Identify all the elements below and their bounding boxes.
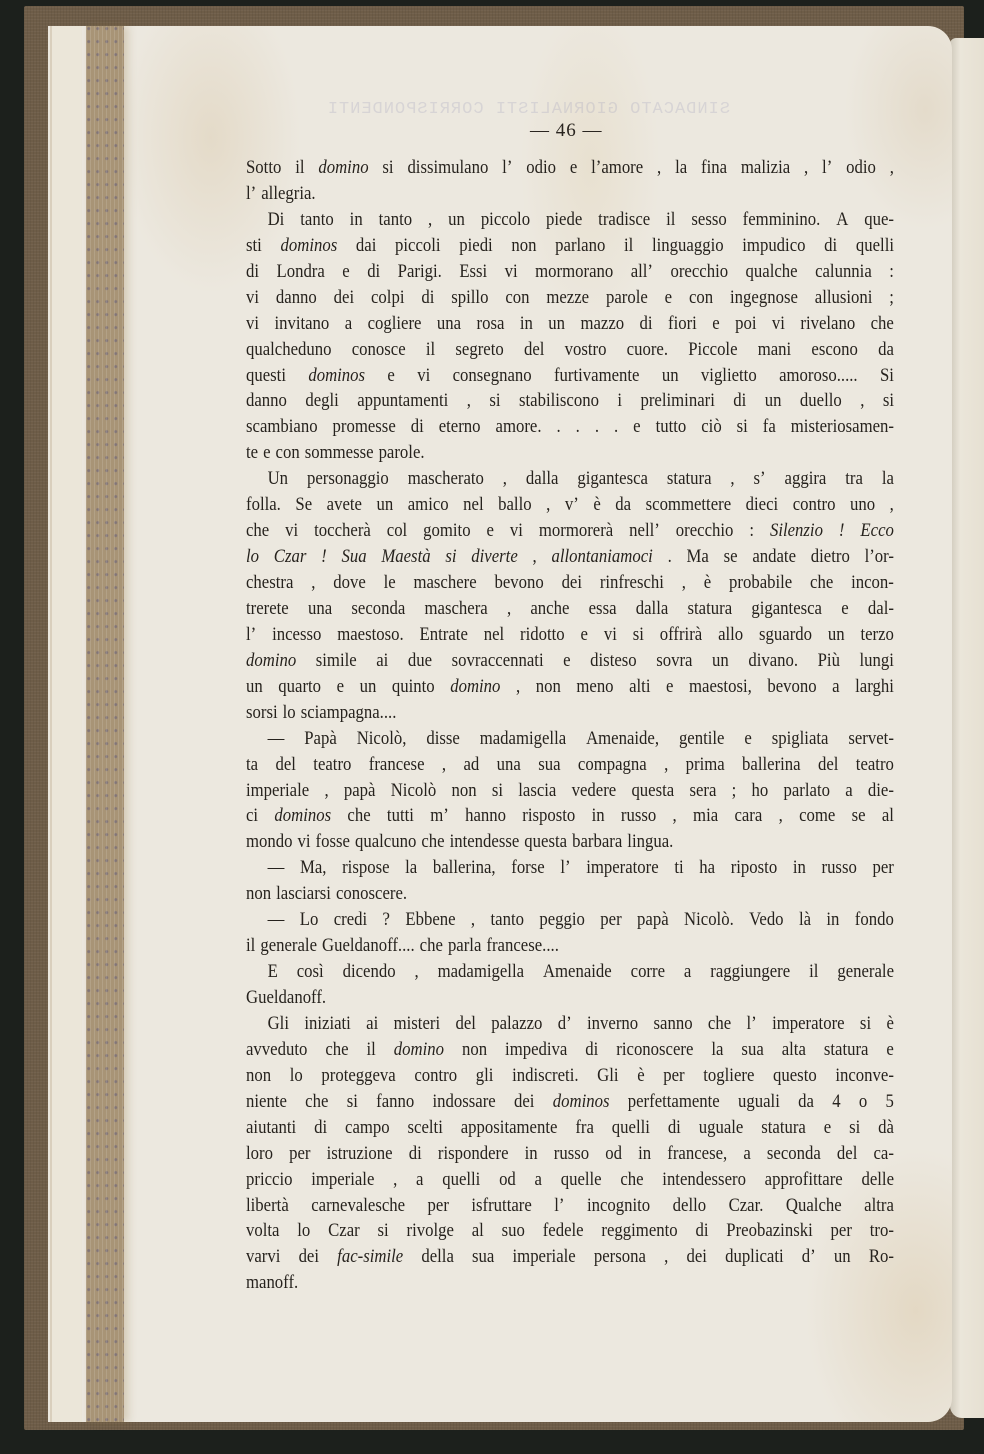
word: toccherà xyxy=(314,518,371,544)
text-line: questidominoseviconsegnanofurtivamenteun… xyxy=(246,363,894,389)
word: perfettamente xyxy=(628,1089,720,1115)
word: impediva xyxy=(505,1037,567,1063)
word: il xyxy=(624,233,633,259)
word: si xyxy=(378,1218,389,1244)
text-line: tadelteatrofrancese,adunasuacompagna,pri… xyxy=(246,752,894,778)
word: danno xyxy=(246,388,287,414)
word: ta xyxy=(246,752,258,778)
word: il xyxy=(295,155,304,181)
word: si xyxy=(737,414,748,440)
word: sovraccennati xyxy=(452,648,544,674)
word: di xyxy=(824,233,837,259)
word: manoff. xyxy=(246,1270,298,1296)
word: dieci xyxy=(746,492,779,518)
word: dà xyxy=(878,1115,894,1141)
word: che xyxy=(325,1037,348,1063)
text-line: unquartoeunquintodomino,nonmenoaltiemaes… xyxy=(246,674,894,700)
italic-word: domino xyxy=(246,648,296,674)
word: Nicolò, xyxy=(357,726,407,752)
word: è xyxy=(637,1063,644,1089)
page-left-margin-strip xyxy=(50,26,82,1422)
word: parlato xyxy=(784,778,830,804)
word: un xyxy=(662,363,679,389)
text-line: scambianopromessedieternoamore.....etutt… xyxy=(246,414,894,440)
word: vi xyxy=(510,518,523,544)
word: parlano xyxy=(555,233,605,259)
word: che xyxy=(708,1011,731,1037)
word: la xyxy=(675,155,687,181)
word: vostro xyxy=(565,337,607,363)
next-page-edge xyxy=(950,38,984,1418)
word: scambiano xyxy=(246,414,318,440)
word: ho xyxy=(752,778,769,804)
word: piccoli xyxy=(395,233,441,259)
word: incognito xyxy=(587,1193,650,1219)
word: mani xyxy=(758,337,791,363)
word: in xyxy=(826,907,839,933)
word: indossare xyxy=(433,1089,496,1115)
word: proteggeva xyxy=(321,1063,395,1089)
text-line: manoff. xyxy=(246,1270,894,1296)
word: parla xyxy=(448,933,481,959)
word: fosse xyxy=(316,829,350,855)
word: spillo xyxy=(451,285,488,311)
word: il xyxy=(809,959,818,985)
word: Un xyxy=(268,466,288,492)
word: generale xyxy=(837,959,894,985)
word: si xyxy=(849,1115,860,1141)
text-line: nonloproteggevacontrogliindiscreti.Glièp… xyxy=(246,1063,894,1089)
word: tradisce xyxy=(598,207,650,233)
word: e xyxy=(666,674,673,700)
word: russo xyxy=(821,855,856,881)
word: quelle xyxy=(561,1167,602,1193)
word: col xyxy=(387,518,407,544)
word: che xyxy=(871,311,894,337)
word: orecchio xyxy=(676,518,734,544)
text-line: loCzar!SuaMaestàsidiverte,allontaniamoci… xyxy=(246,544,894,570)
word: per xyxy=(428,1193,449,1219)
word: per xyxy=(663,1063,684,1089)
word: ingegnose xyxy=(730,285,798,311)
word: statura xyxy=(824,1037,869,1063)
word: ai xyxy=(376,648,388,674)
italic-word: Maestà xyxy=(381,544,430,570)
word: o xyxy=(859,1089,867,1115)
word: 5 xyxy=(886,1089,894,1115)
word: nel xyxy=(484,622,504,648)
word: piede xyxy=(546,207,582,233)
text-line: ilgeneraleGueldanoff....cheparlafrancese… xyxy=(246,933,894,959)
word: chestra xyxy=(246,570,293,596)
text-line: aiutantidicamposceltiappositamentefraque… xyxy=(246,1115,894,1141)
word: Ma, xyxy=(300,855,326,881)
word: imperiale xyxy=(246,778,309,804)
word: Più xyxy=(818,648,840,674)
word: te xyxy=(246,440,258,466)
word: misteri xyxy=(394,1011,440,1037)
word: al xyxy=(882,803,894,829)
word: così xyxy=(297,959,324,985)
word: due xyxy=(408,648,432,674)
word: maestosi, xyxy=(689,674,752,700)
italic-word: dominos xyxy=(274,803,331,829)
word: campo xyxy=(345,1115,390,1141)
word: Lo xyxy=(300,907,319,933)
word: anche xyxy=(530,596,569,622)
word: in xyxy=(525,1141,538,1167)
word: seconda xyxy=(351,596,405,622)
word: sorsi xyxy=(246,700,278,726)
word: un xyxy=(548,311,565,337)
word: di xyxy=(367,259,380,285)
word: non xyxy=(536,674,561,700)
word: sommesse xyxy=(305,440,374,466)
word: l’ xyxy=(822,155,832,181)
word: da xyxy=(878,337,894,363)
word: sesso xyxy=(691,207,726,233)
word: intendessero xyxy=(662,1167,746,1193)
word: statura xyxy=(688,596,733,622)
word: per xyxy=(831,1218,852,1244)
word: rivolge xyxy=(407,1218,454,1244)
word: lascia xyxy=(518,778,556,804)
word: raggiungere xyxy=(710,959,790,985)
word: linguaggio xyxy=(652,233,724,259)
word: terzo xyxy=(860,622,893,648)
word: Qualche xyxy=(786,1193,842,1219)
word: sera xyxy=(689,778,716,804)
word: dalla xyxy=(636,596,669,622)
word: ca- xyxy=(873,1141,893,1167)
word: tutto xyxy=(656,414,687,440)
word: aggira xyxy=(785,466,827,492)
word: imperiale xyxy=(513,1244,576,1270)
word: tanto xyxy=(300,207,333,233)
word: lasciarsi xyxy=(276,881,331,907)
italic-word: fac-simile xyxy=(337,1244,403,1270)
word: ad xyxy=(463,752,479,778)
word: , xyxy=(664,752,668,778)
word: altra xyxy=(864,1193,894,1219)
word: orecchio xyxy=(670,259,728,285)
word: questa xyxy=(631,778,674,804)
word: il xyxy=(367,1037,376,1063)
word: , xyxy=(503,466,507,492)
word: essa xyxy=(589,596,617,622)
word: a xyxy=(345,311,352,337)
word: ? xyxy=(383,907,390,933)
word: lo xyxy=(297,1218,310,1244)
word: che xyxy=(810,570,833,596)
word: corre xyxy=(631,959,665,985)
word: mormorerà xyxy=(539,518,613,544)
word: lungi xyxy=(860,648,894,674)
word: del xyxy=(818,752,838,778)
word: rispose xyxy=(342,855,389,881)
word: qualcheduno xyxy=(246,337,332,363)
word: trerete xyxy=(246,596,289,622)
word: Gueldanoff. xyxy=(246,985,326,1011)
word: scommettere xyxy=(646,492,732,518)
word: Vedo xyxy=(749,907,783,933)
word: impudico xyxy=(742,233,805,259)
word: e xyxy=(886,1037,893,1063)
word: togliere xyxy=(703,1063,754,1089)
text-line: voltaloCzarsirivolgealsuofedelereggiment… xyxy=(246,1218,894,1244)
word: della xyxy=(421,1244,454,1270)
text-line: Ecosìdicendo,madamigellaAmenaidecorreara… xyxy=(246,959,894,985)
word: e xyxy=(342,259,349,285)
word: Si xyxy=(880,363,894,389)
text-line: chevitoccheràcolgomitoevimormorerànell’o… xyxy=(246,518,894,544)
word: e xyxy=(387,363,394,389)
word: : xyxy=(749,518,754,544)
word: , xyxy=(467,388,471,414)
word: fra xyxy=(575,1115,594,1141)
word: che xyxy=(421,829,444,855)
italic-word: ! xyxy=(321,544,327,570)
word: , xyxy=(860,388,864,414)
word: A xyxy=(836,207,848,233)
word: ridotto xyxy=(520,622,565,648)
word: la xyxy=(882,466,894,492)
word: die- xyxy=(868,778,894,804)
word: in xyxy=(592,803,605,829)
word: un xyxy=(834,1244,851,1270)
word: di xyxy=(314,1115,327,1141)
text-line: dannodegliappuntamenti,sistabilisconoipr… xyxy=(246,388,894,414)
italic-word: Sua xyxy=(341,544,366,570)
word: russo xyxy=(621,803,656,829)
word: reggimento xyxy=(601,1218,677,1244)
word: Gli xyxy=(597,1063,618,1089)
text-line: Unpersonaggiomascherato,dallagigantescas… xyxy=(246,466,894,492)
word: statura xyxy=(761,1115,806,1141)
text-line: trereteunasecondamaschera,ancheessadalla… xyxy=(246,596,894,622)
word: seconda xyxy=(767,1141,821,1167)
word: calunnia xyxy=(815,259,872,285)
word: ha xyxy=(699,855,715,881)
word: e xyxy=(581,622,588,648)
word: se xyxy=(852,803,866,829)
word: ciò xyxy=(701,414,721,440)
word: personaggio xyxy=(307,466,389,492)
word: lo xyxy=(283,700,296,726)
word: questa xyxy=(524,829,567,855)
word: Parigi. xyxy=(398,259,442,285)
word: odio xyxy=(526,155,556,181)
word: di xyxy=(733,388,746,414)
word: Papà xyxy=(304,726,337,752)
word: isfruttare xyxy=(471,1193,531,1219)
word: per xyxy=(600,907,621,933)
word: spigliata xyxy=(772,726,829,752)
italic-word: Silenzio xyxy=(770,518,823,544)
word: , xyxy=(428,207,432,233)
word: colpi xyxy=(371,285,404,311)
word: delle xyxy=(861,1167,894,1193)
word: mezze xyxy=(546,285,589,311)
word: rispondere xyxy=(438,1141,509,1167)
word: libertà xyxy=(246,1193,289,1219)
word: Nicolò xyxy=(391,778,437,804)
text-line: cidominoschetuttim’hannorispostoinrusso,… xyxy=(246,803,894,829)
word: disse xyxy=(426,726,459,752)
word: piccolo xyxy=(481,207,530,233)
word: francese.... xyxy=(486,933,558,959)
word: malizia xyxy=(741,155,790,181)
word: ci xyxy=(246,803,258,829)
word: contro xyxy=(414,1063,457,1089)
word: Amenaide, xyxy=(586,726,659,752)
word: che xyxy=(420,933,443,959)
word: l’ xyxy=(246,622,256,648)
italic-word: si xyxy=(445,544,456,570)
word: ai xyxy=(366,1011,378,1037)
word: dello xyxy=(673,1193,706,1219)
word: non xyxy=(462,1037,487,1063)
word: questo xyxy=(773,1063,817,1089)
word: qualche xyxy=(746,259,798,285)
text-line: varvideifac-similedellasuaimperialeperso… xyxy=(246,1244,894,1270)
word: preliminari xyxy=(640,388,714,414)
word: iniziati xyxy=(304,1011,350,1037)
word: l’ xyxy=(747,1011,757,1037)
word: quinto xyxy=(392,674,435,700)
word: un xyxy=(712,648,729,674)
word: prima xyxy=(686,752,725,778)
word: barbara xyxy=(572,829,622,855)
word: che xyxy=(305,1089,328,1115)
word: incesso xyxy=(272,622,321,648)
text-line: chestra,dovelemascherebevonodeirinfresch… xyxy=(246,570,894,596)
text-line: Sottoildominosidissimulanol’odioel’amore… xyxy=(246,155,894,181)
word: poi xyxy=(735,311,756,337)
word: è xyxy=(886,1011,893,1037)
word: carnevalesche xyxy=(311,1193,405,1219)
word: dei xyxy=(514,1089,534,1115)
word: non xyxy=(246,881,271,907)
word: e xyxy=(563,648,570,674)
word: istruzione xyxy=(327,1141,393,1167)
word: per xyxy=(872,855,893,881)
word: odio xyxy=(846,155,876,181)
word: è xyxy=(593,492,600,518)
word: dicendo xyxy=(343,959,396,985)
word: , xyxy=(533,544,537,570)
text-line: viinvitanoacogliereunarosainunmazzodifio… xyxy=(246,311,894,337)
word: la xyxy=(711,1037,723,1063)
text-line: —Locredi?Ebbene,tantopeggioperpapàNicolò… xyxy=(246,907,894,933)
word: sovra xyxy=(656,648,692,674)
word: Piccole xyxy=(688,337,737,363)
italic-word: ! xyxy=(839,518,845,544)
word: escono xyxy=(811,337,857,363)
word: allo xyxy=(718,622,743,648)
text-line: qualchedunoconosceilsegretodelvostrocuor… xyxy=(246,337,894,363)
word: gigantesca xyxy=(577,466,648,492)
word: , xyxy=(546,492,550,518)
word: e xyxy=(824,1115,831,1141)
word: da xyxy=(615,492,631,518)
word: l’ xyxy=(502,155,512,181)
word: dal- xyxy=(868,596,894,622)
word: Entrate xyxy=(420,622,468,648)
page-number: — 46 — xyxy=(530,120,603,142)
binding-spine-strip xyxy=(86,26,124,1422)
word: rivelano xyxy=(800,311,855,337)
word: , xyxy=(311,570,315,596)
word: mia xyxy=(693,803,718,829)
word: vi xyxy=(505,259,518,285)
word: si xyxy=(492,778,503,804)
word: uguali xyxy=(738,1089,780,1115)
word: fondo xyxy=(855,907,894,933)
word: maestoso. xyxy=(337,622,403,648)
word: promesse xyxy=(333,414,396,440)
word: , xyxy=(890,492,894,518)
word: riposto xyxy=(731,855,777,881)
word: sua xyxy=(538,752,560,778)
word: alti xyxy=(629,674,650,700)
word: uno xyxy=(850,492,875,518)
word: là xyxy=(799,907,811,933)
text-line: libertàcarnevalescheperisfruttarel’incog… xyxy=(246,1193,894,1219)
word: parole. xyxy=(379,440,425,466)
word: bevono xyxy=(494,570,543,596)
word: alta xyxy=(782,1037,806,1063)
word: parole xyxy=(606,285,648,311)
word: ballo xyxy=(498,492,531,518)
word: si xyxy=(347,1089,358,1115)
word: in xyxy=(793,855,806,881)
text-line: Gueldanoff. xyxy=(246,985,894,1011)
word: d’ xyxy=(558,1011,572,1037)
word: duplicati xyxy=(725,1244,784,1270)
word: Di xyxy=(268,207,285,233)
word: ti xyxy=(674,855,683,881)
italic-word: domino xyxy=(318,155,368,181)
word: s’ xyxy=(754,466,766,492)
italic-word: domino xyxy=(450,674,500,700)
word: ; xyxy=(889,285,894,311)
word: un xyxy=(448,207,465,233)
word: francese xyxy=(369,752,425,778)
word: , xyxy=(507,596,511,622)
word: palazzo xyxy=(491,1011,542,1037)
word: Gueldanoff.... xyxy=(322,933,415,959)
word: a xyxy=(416,1167,423,1193)
word: volta xyxy=(246,1218,279,1244)
word: vi xyxy=(285,518,298,544)
text-line: dominosimileaiduesovraccennatiedistesoso… xyxy=(246,648,894,674)
word: hanno xyxy=(465,803,506,829)
word: teatro xyxy=(856,752,894,778)
word: statura xyxy=(667,466,712,492)
word: non xyxy=(511,233,536,259)
word: si xyxy=(489,388,500,414)
word: , xyxy=(414,959,418,985)
text-line: l’incessomaestoso.Entratenelridottoevisi… xyxy=(246,622,894,648)
word: Londra xyxy=(276,259,324,285)
word: nell’ xyxy=(629,518,660,544)
word: a xyxy=(845,778,852,804)
word: furtivamente xyxy=(554,363,640,389)
word: dove xyxy=(333,570,366,596)
word: gli xyxy=(476,1063,494,1089)
word: , xyxy=(682,570,686,596)
